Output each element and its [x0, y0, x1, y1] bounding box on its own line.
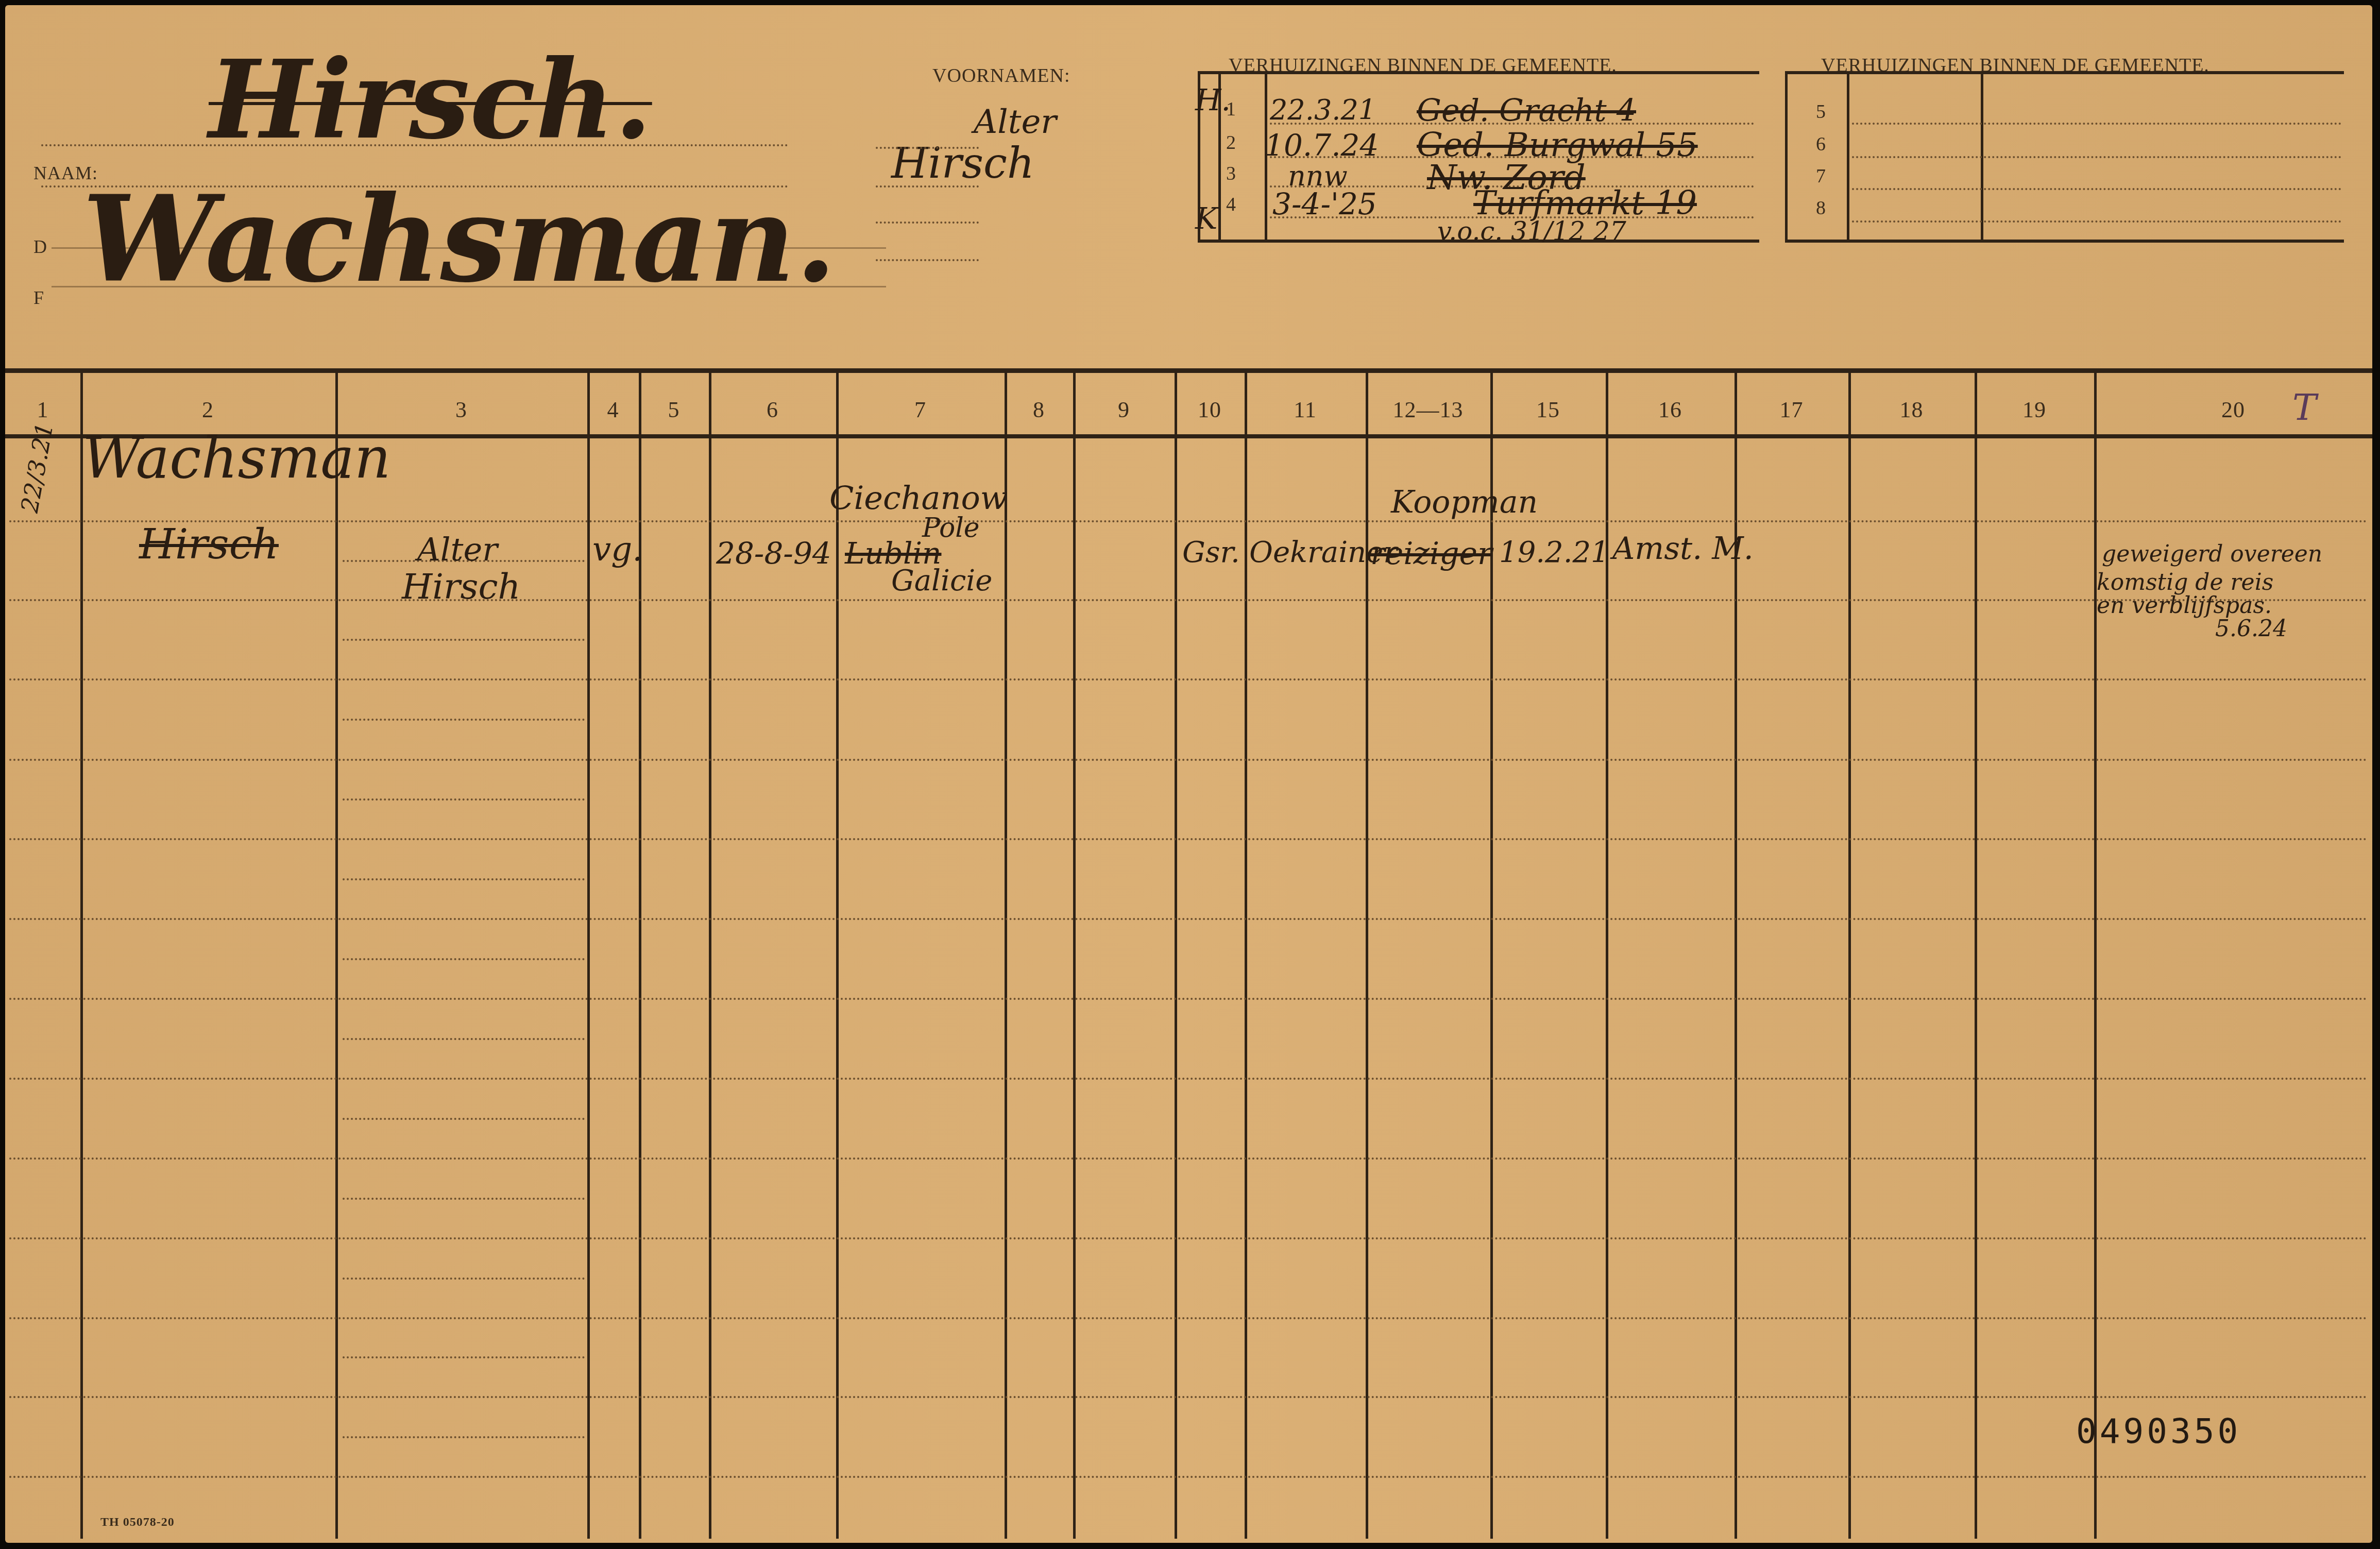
registration-card: NAAM: D F Hirsch. Wachsman. VOORNAMEN: A…	[5, 5, 2372, 1543]
given-name-1: Alter	[974, 103, 1057, 141]
row-line	[9, 1158, 2369, 1160]
col-divider	[80, 372, 83, 1539]
row-line	[9, 1317, 2369, 1319]
moves-right-line	[1852, 220, 2341, 223]
voornamen-line-2	[876, 185, 979, 188]
row-line	[9, 998, 2369, 1000]
col-divider	[1848, 372, 1851, 1539]
col-divider	[2094, 372, 2097, 1539]
col3-minor-line	[343, 878, 585, 880]
col-header: 12—13	[1366, 397, 1490, 423]
col-divider	[1245, 372, 1247, 1539]
move-row-num: 6	[1816, 133, 1826, 156]
col-divider	[836, 372, 839, 1539]
label-d: D	[33, 236, 47, 258]
entry-col20-date: 5.6.24	[2215, 616, 2287, 642]
row-line	[9, 1237, 2369, 1239]
col-divider	[1975, 372, 1977, 1539]
entry-col4: vg.	[592, 531, 642, 569]
col-header: 11	[1245, 397, 1366, 423]
col-divider	[335, 372, 338, 1539]
row-line	[9, 759, 2369, 761]
entry-col2-surname-new: Wachsman	[82, 425, 391, 491]
entry-col6-birthdate: 28-8-94	[716, 536, 831, 571]
row-line	[9, 1476, 2369, 1478]
label-f: F	[33, 287, 44, 309]
serial-number: 0490350	[2076, 1411, 2241, 1451]
col-divider	[709, 372, 711, 1539]
move-row-num: 8	[1816, 197, 1826, 219]
col3-minor-line	[343, 719, 585, 721]
voornamen-line-1	[876, 147, 979, 149]
entry-col12-occupation-struck: reiziger	[1370, 536, 1492, 572]
voornamen-line-4	[876, 259, 979, 261]
moves-right-divider-1	[1847, 72, 1849, 241]
col3-minor-line	[343, 639, 585, 641]
row-line	[9, 838, 2369, 840]
move-row-num: 2	[1226, 131, 1236, 154]
move-address: Ged. Gracht 4	[1417, 93, 1636, 129]
move-row-num: 5	[1816, 100, 1826, 123]
row-line	[9, 599, 2369, 601]
voornamen-line-3	[876, 222, 979, 224]
move-date: 10.7.24	[1265, 128, 1379, 163]
entry-col20-line3: en verblijfspas.	[2097, 592, 2272, 619]
moves-right-border-l	[1785, 72, 1788, 241]
col-header: 3	[335, 397, 587, 423]
row-line	[9, 678, 2369, 680]
moves-right-line	[1852, 188, 2341, 190]
print-code: TH 05078-20	[100, 1516, 175, 1529]
row-line	[9, 918, 2369, 920]
move-row-num: 1	[1226, 98, 1236, 121]
entry-col7-birthplace-added: Ciechanow	[829, 479, 1008, 517]
col-header: 17	[1735, 397, 1848, 423]
col3-minor-line	[343, 1198, 585, 1200]
entry-col12-occupation-added: Koopman	[1391, 484, 1538, 520]
corner-mark: T	[2292, 386, 2317, 429]
entry-col15-date: 19.2.21	[1499, 536, 1609, 569]
surname-struck: Hirsch.	[209, 36, 652, 163]
col3-minor-line	[343, 958, 585, 960]
row-line	[9, 520, 2369, 522]
moves-left-top-border	[1198, 71, 1759, 74]
entry-col3-given-2: Hirsch	[402, 567, 520, 607]
col-header: 9	[1073, 397, 1175, 423]
col3-minor-line	[343, 798, 585, 801]
surname: Wachsman.	[82, 170, 837, 309]
col-header: 1	[5, 397, 80, 423]
col-header: 5	[639, 397, 709, 423]
moves-right-bottom-border	[1785, 240, 2344, 243]
col3-minor-line	[343, 1278, 585, 1280]
entry-col3-given-1: Alter	[417, 531, 498, 568]
move-date: 22.3.21	[1270, 94, 1376, 126]
moves-right-line	[1852, 156, 2341, 158]
col3-minor-line	[343, 1436, 585, 1438]
col-header: 15	[1490, 397, 1606, 423]
col3-minor-line	[343, 1118, 585, 1120]
col-divider	[587, 372, 590, 1539]
col3-minor-line	[343, 1356, 585, 1358]
col-divider	[1005, 372, 1007, 1539]
move-row-num: 7	[1816, 165, 1826, 188]
moves-right-line	[1852, 123, 2341, 125]
col-header: 20	[2094, 397, 2372, 423]
col-header: 8	[1005, 397, 1073, 423]
entry-col10: Gsr.	[1182, 536, 1240, 569]
col-header: 6	[709, 397, 836, 423]
move-row-num: 4	[1226, 193, 1236, 216]
col-header: 4	[587, 397, 639, 423]
moves-margin-mark-k: K	[1195, 201, 1217, 236]
moves-right-top-border	[1785, 71, 2344, 74]
col-header: 10	[1175, 397, 1245, 423]
entry-col16-place: Amst. M.	[1612, 531, 1754, 567]
moves-margin-mark-h: H.	[1195, 82, 1231, 117]
col3-minor-line	[343, 1038, 585, 1040]
move-date: 3-4-'25	[1272, 186, 1377, 222]
entry-col7-region: Galicie	[891, 564, 992, 598]
row-line	[9, 1396, 2369, 1398]
col-header: 2	[80, 397, 335, 423]
entry-col2-surname-struck: Hirsch	[139, 520, 279, 568]
table-top-border	[5, 368, 2372, 373]
col-header: 7	[836, 397, 1005, 423]
move-note: v.o.c. 31/12 27	[1437, 216, 1626, 246]
entry-col20-line2: komstig de reis	[2097, 569, 2273, 595]
label-voornamen: VOORNAMEN:	[932, 64, 1070, 87]
move-row-num: 3	[1226, 162, 1236, 185]
col-header: 18	[1848, 397, 1975, 423]
entry-col20-line1: geweigerd overeen	[2102, 541, 2322, 567]
row-line	[9, 1078, 2369, 1080]
col-header: 16	[1606, 397, 1735, 423]
col-divider	[1073, 372, 1076, 1539]
col-header: 19	[1975, 397, 2094, 423]
col-divider	[1175, 372, 1177, 1539]
